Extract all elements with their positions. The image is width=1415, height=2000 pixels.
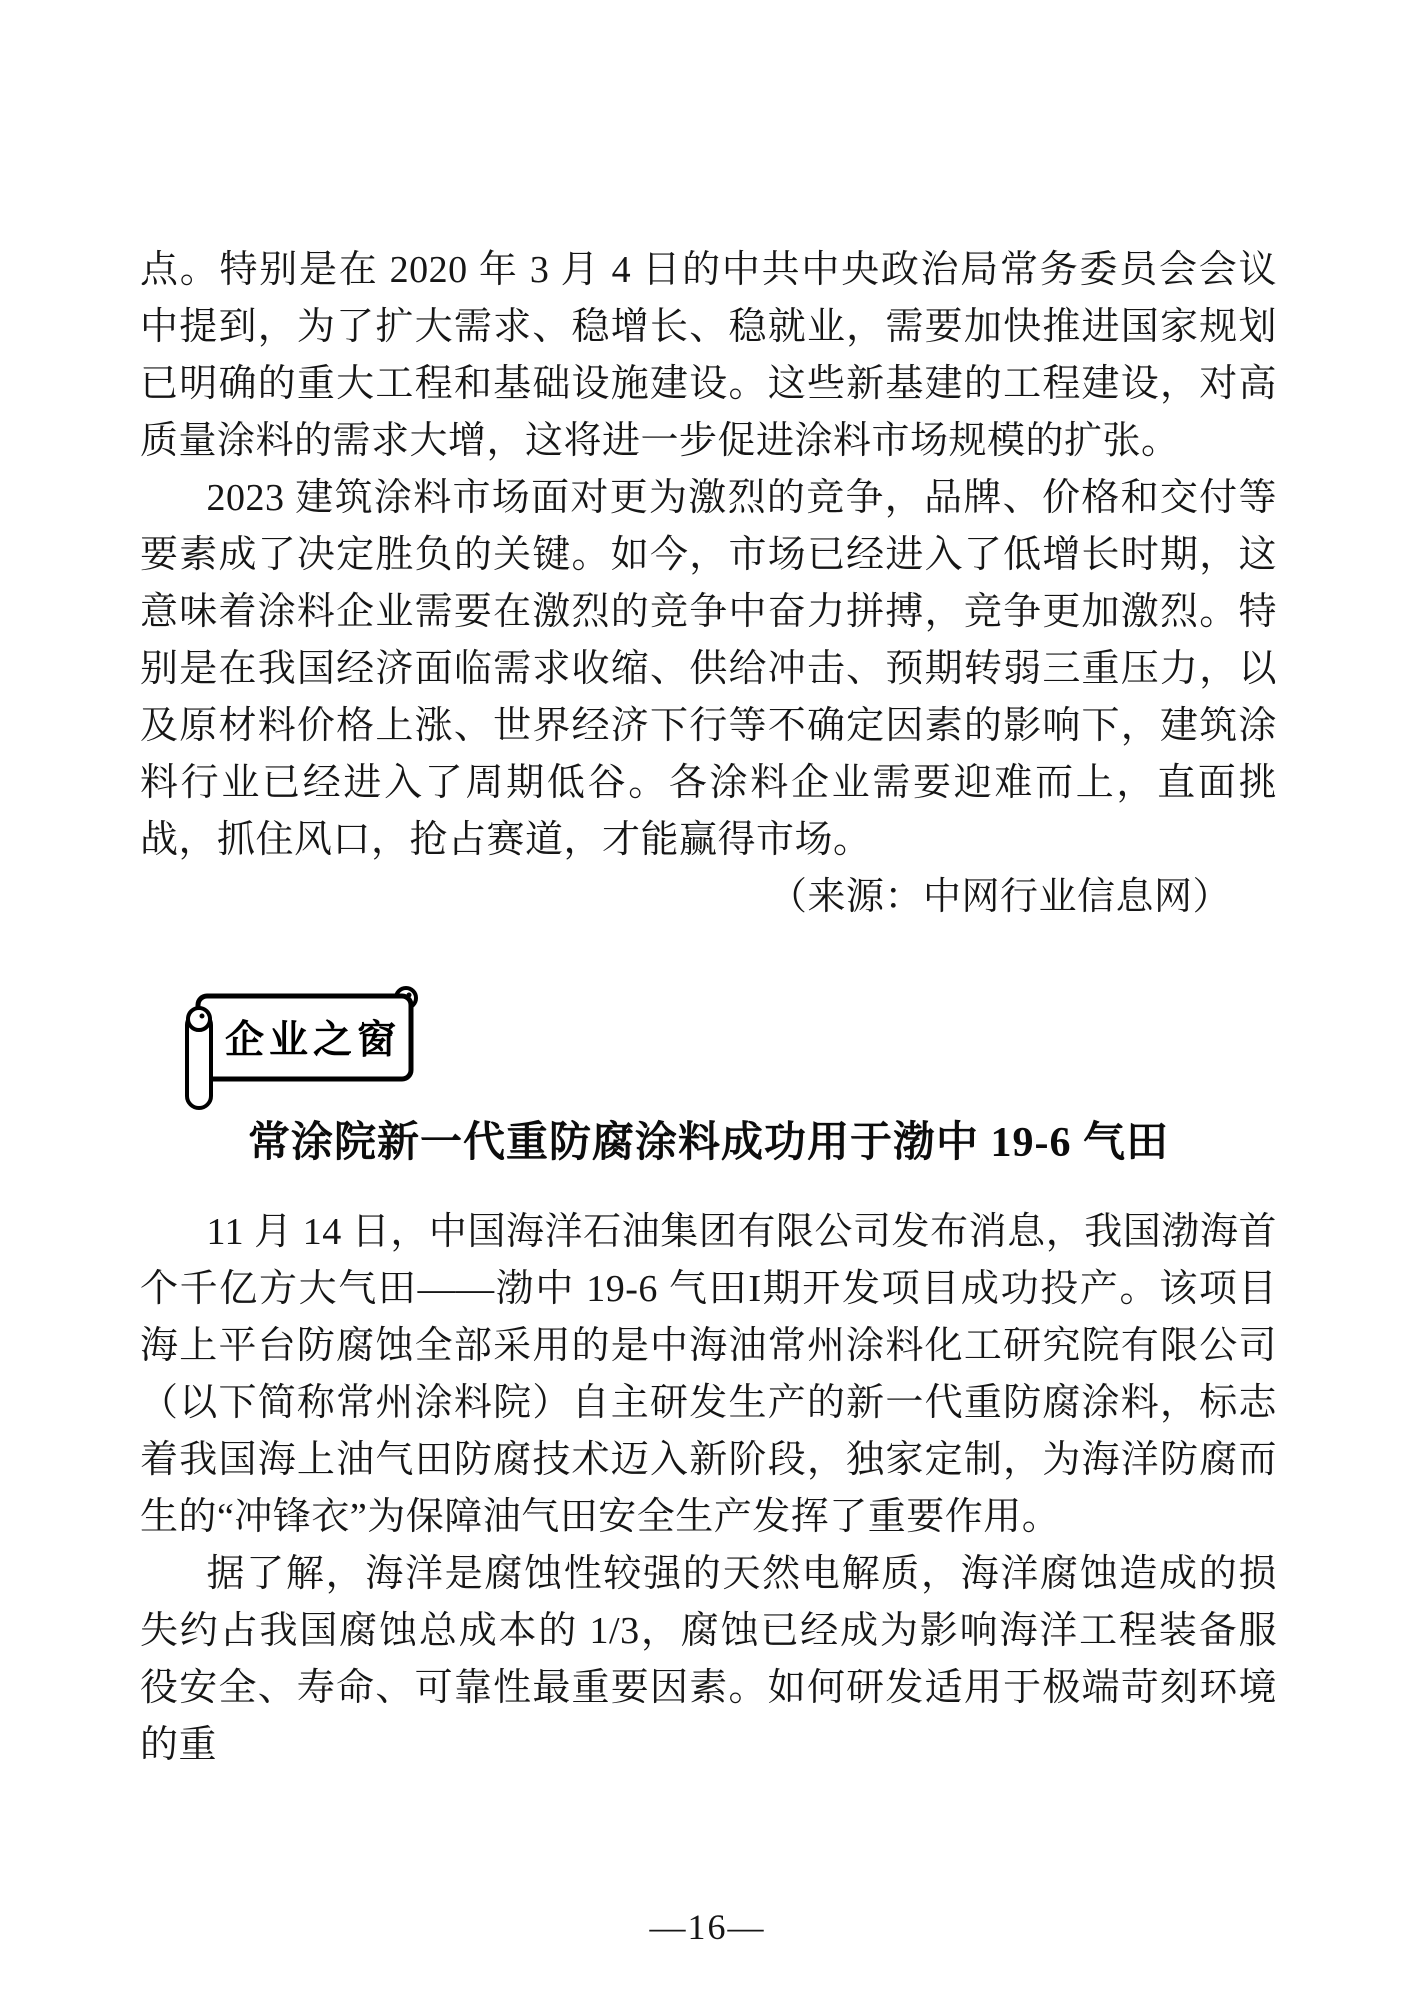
page-content: 点。特别是在 2020 年 3 月 4 日的中共中央政治局常务委员会会议中提到，… [140, 0, 1277, 1774]
source-attribution: （来源：中网行业信息网） [140, 869, 1277, 926]
paragraph-market-2023: 2023 建筑涂料市场面对更为激烈的竞争，品牌、价格和交付等要素成了决定胜负的关… [140, 470, 1277, 869]
page-number: —16— [0, 1906, 1415, 1948]
section-banner: 企业之窗 [184, 982, 426, 1088]
paragraph-bozhong-intro: 11 月 14 日，中国海洋石油集团有限公司发布消息，我国渤海首个千亿方大气田—… [140, 1204, 1277, 1546]
document-page: 点。特别是在 2020 年 3 月 4 日的中共中央政治局常务委员会会议中提到，… [0, 0, 1415, 2000]
paragraph-corrosion-facts: 据了解，海洋是腐蚀性较强的天然电解质，海洋腐蚀造成的损失约占我国腐蚀总成本的 1… [140, 1546, 1277, 1774]
paragraph-market-policy: 点。特别是在 2020 年 3 月 4 日的中共中央政治局常务委员会会议中提到，… [140, 242, 1277, 470]
article-title: 常涂院新一代重防腐涂料成功用于渤中 19-6 气田 [140, 1112, 1277, 1174]
section-banner-label: 企业之窗 [216, 996, 410, 1078]
